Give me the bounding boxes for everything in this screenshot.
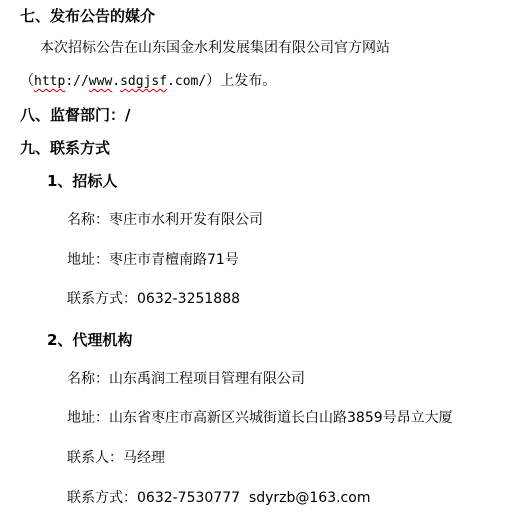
agency-heading: 2、代理机构 (47, 332, 132, 348)
url-www: www (89, 74, 112, 89)
agency-address: 地址：山东省枣庄市高新区兴城街道长白山路3859号昂立大厦 (67, 410, 453, 426)
section-9-heading: 九、联系方式 (20, 140, 110, 156)
url-dot: . (112, 74, 120, 89)
url-domain: sdgjsf (120, 74, 167, 89)
agency-name: 名称：山东禹润工程项目管理有限公司 (67, 371, 305, 387)
tenderer-heading: 1、招标人 (47, 173, 117, 189)
url-tld: .com/ (167, 74, 206, 89)
tenderer-name: 名称：枣庄市水利开发有限公司 (67, 212, 263, 228)
website-url[interactable]: http://www.sdgjsf.com/ (34, 74, 206, 89)
tenderer-address: 地址：枣庄市青檀南路71号 (67, 252, 239, 268)
agency-person: 联系人：马经理 (67, 450, 165, 466)
url-scheme: http (34, 74, 65, 89)
section-7-paragraph-line-1: 本次招标公告在山东国金水利发展集团有限公司官方网站 (40, 40, 390, 56)
section-7-heading: 七、发布公告的媒介 (20, 8, 155, 24)
url-sep: :// (65, 74, 88, 89)
close-paren-text: ）上发布。 (206, 73, 276, 89)
section-8-heading: 八、监督部门：/ (20, 107, 130, 123)
open-paren: （ (20, 73, 34, 89)
agency-contact: 联系方式：0632-7530777 sdyrzb@163.com (67, 490, 370, 506)
section-7-paragraph-line-2: （http://www.sdgjsf.com/）上发布。 (20, 73, 276, 90)
tenderer-contact: 联系方式：0632-3251888 (67, 291, 240, 307)
